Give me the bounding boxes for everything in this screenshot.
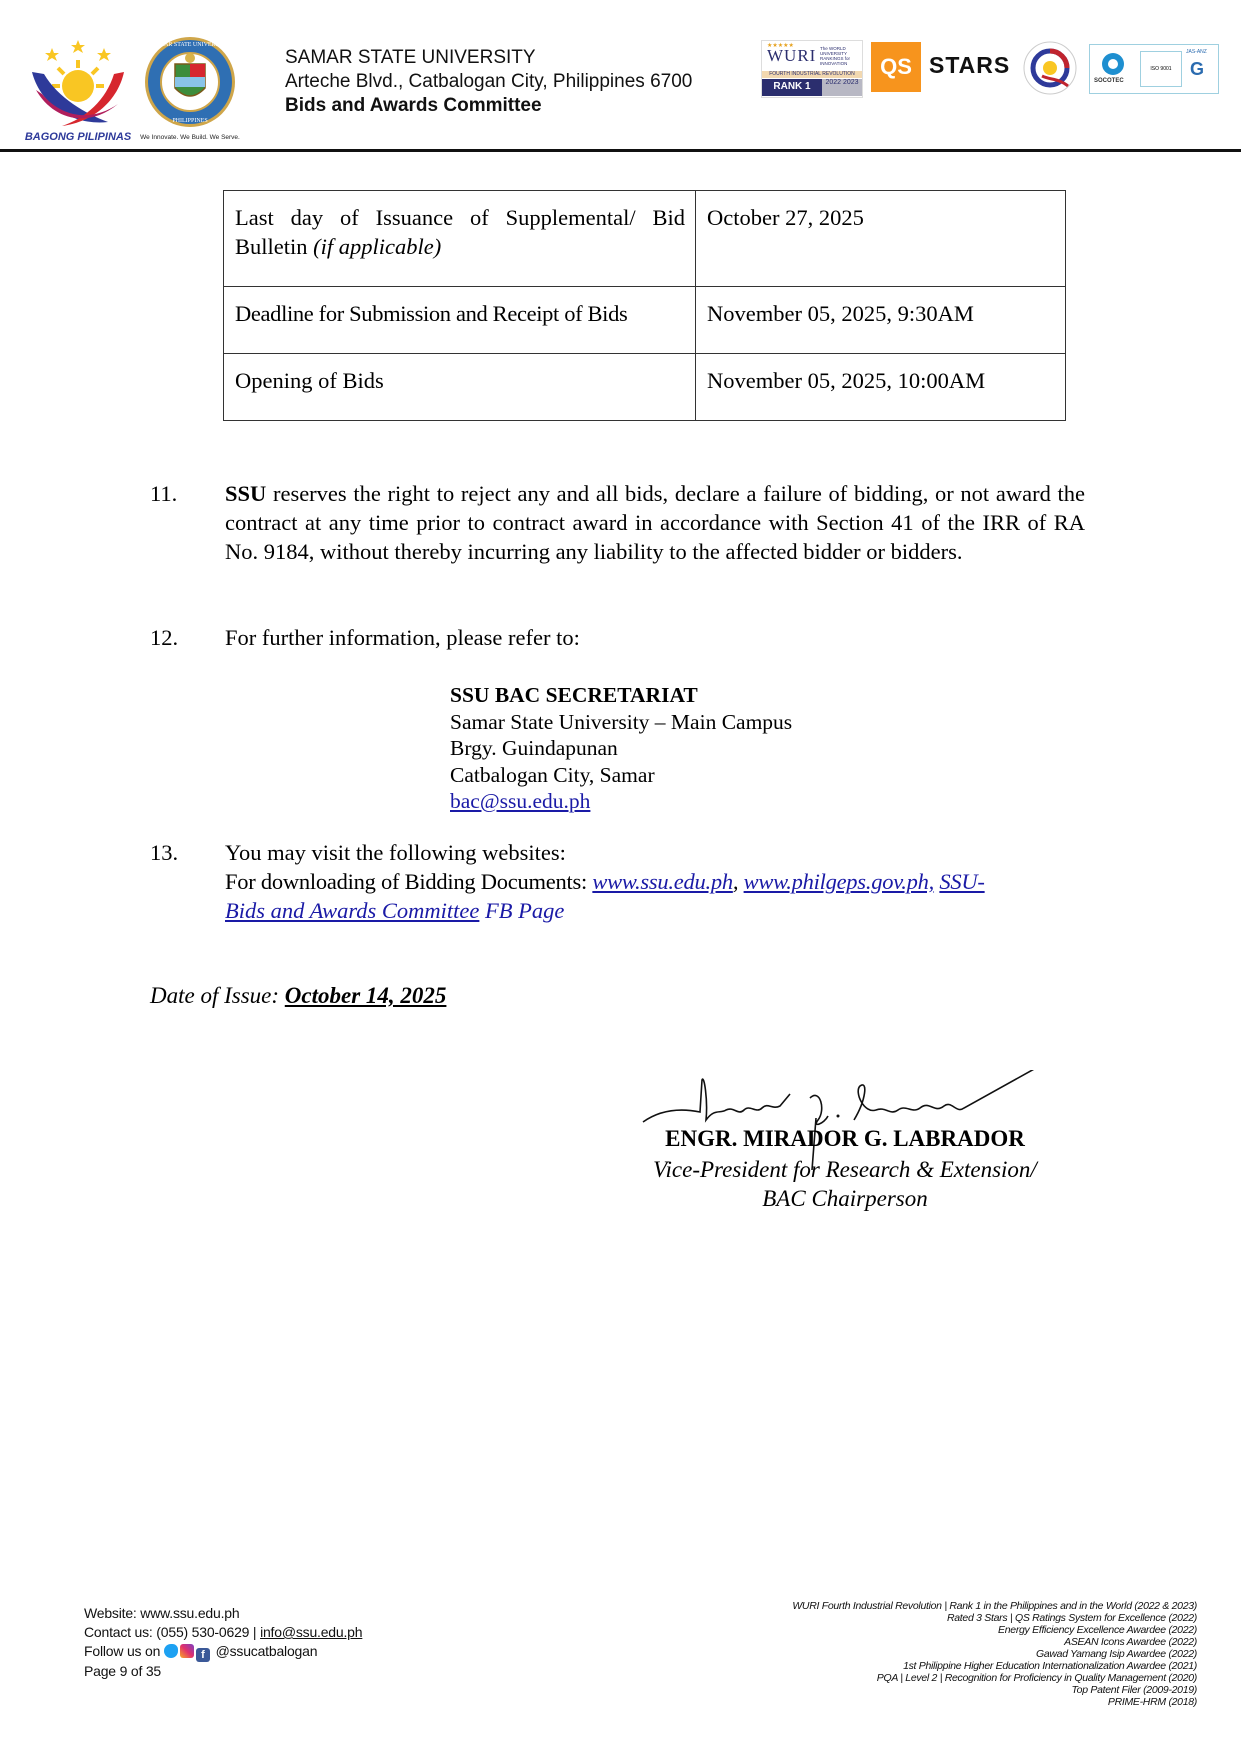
iso-text: ISO 9001 (1140, 51, 1182, 87)
contact-line: Samar State University – Main Campus (450, 709, 792, 736)
qs-logo: QS (871, 42, 921, 92)
bac-email-link[interactable]: bac@ssu.edu.ph (450, 789, 590, 813)
footer-follow: Follow us on f @ssucatbalogan (84, 1642, 362, 1662)
date-cell: November 05, 2025, 9:30AM (696, 287, 1066, 354)
bagong-pilipinas-caption: BAGONG PILIPINAS (25, 131, 132, 142)
org-name: SAMAR STATE UNIVERSITY (285, 46, 692, 70)
jasanz-text: JAS-ANZ (1186, 49, 1207, 55)
table-row: Last day of Issuance of Supplemental/ Bi… (224, 191, 1066, 287)
ssu-seal: SAMAR STATE UNIVERSITY PHILIPPINES We In… (140, 34, 240, 142)
activity-cell: Opening of Bids (224, 354, 696, 421)
award-item: 1st Philippine Higher Education Internat… (792, 1660, 1197, 1672)
award-item: PQA | Level 2 | Recognition for Proficie… (792, 1672, 1197, 1684)
social-handle: @ssucatbalogan (216, 1643, 318, 1659)
org-address: Arteche Blvd., Catbalogan City, Philippi… (285, 70, 692, 94)
contact-title: SSU BAC SECRETARIAT (450, 682, 792, 709)
wuri-subtitle: The WORLD UNIVERSITY RANKINGS for INNOVA… (820, 46, 860, 66)
award-item: PRIME-HRM (2018) (792, 1696, 1197, 1708)
item-number: 13. (150, 838, 178, 867)
award-item: Rated 3 Stars | QS Ratings System for Ex… (792, 1612, 1197, 1624)
philgeps-link[interactable]: www.philgeps.gov.ph, (744, 869, 934, 894)
socotec-iso-badge: SOCOTEC ISO 9001 JAS-ANZ G (1089, 44, 1219, 94)
svg-text:SAMAR STATE UNIVERSITY: SAMAR STATE UNIVERSITY (151, 42, 230, 48)
activity-cell: Deadline for Submission and Receipt of B… (224, 287, 696, 354)
footer-contact: Website: www.ssu.edu.ph Contact us: (055… (84, 1604, 362, 1681)
ssu-bac-fb-link-part1[interactable]: SSU- (939, 869, 984, 894)
contact-block: SSU BAC SECRETARIAT Samar State Universi… (450, 682, 792, 815)
item-text: You may visit the following websites: Fo… (225, 838, 1095, 925)
wuri-years: 2022 2023 (822, 79, 862, 96)
office-name: Bids and Awards Committee (285, 94, 692, 118)
date-cell: October 27, 2025 (696, 191, 1066, 287)
award-item: WURI Fourth Industrial Revolution | Rank… (792, 1600, 1197, 1612)
signatory-name: ENGR. MIRADOR G. LABRADOR (645, 1126, 1045, 1152)
svg-text:PHILIPPINES: PHILIPPINES (172, 118, 207, 124)
schedule-table: Last day of Issuance of Supplemental/ Bi… (223, 190, 1066, 421)
item-text: SSU reserves the right to reject any and… (225, 479, 1085, 566)
activity-cell: Last day of Issuance of Supplemental/ Bi… (224, 191, 696, 287)
header-divider (0, 149, 1241, 152)
date-of-issue: Date of Issue: October 14, 2025 (150, 983, 446, 1009)
contact-line: Catbalogan City, Samar (450, 762, 792, 789)
socotec-text: SOCOTEC (1094, 78, 1124, 84)
issue-label: Date of Issue: (150, 983, 285, 1008)
contact-line: Brgy. Guindapunan (450, 735, 792, 762)
wuri-band: FOURTH INDUSTRIAL REVOLUTION (762, 71, 862, 78)
item-text: For further information, please refer to… (225, 623, 1089, 652)
issue-date: October 14, 2025 (285, 983, 447, 1008)
ssu-bac-fb-link[interactable]: Bids and Awards Committee (225, 898, 479, 923)
wuri-title: WURI (767, 46, 816, 66)
date-cell: November 05, 2025, 10:00AM (696, 354, 1066, 421)
wuri-rank: RANK 1 (762, 79, 822, 96)
table-row: Opening of Bids November 05, 2025, 10:00… (224, 354, 1066, 421)
pqa-badge (1022, 40, 1078, 96)
table-row: Deadline for Submission and Receipt of B… (224, 287, 1066, 354)
wuri-badge: WURI ★★★★★ The WORLD UNIVERSITY RANKINGS… (761, 40, 863, 98)
ssu-tagline: We Innovate. We Build. We Serve. (140, 134, 240, 141)
ssu-website-link[interactable]: www.ssu.edu.ph (592, 869, 732, 894)
qs-text: QS (871, 42, 921, 92)
item-number: 12. (150, 623, 178, 652)
item-number: 11. (150, 479, 177, 508)
info-email-link[interactable]: info@ssu.edu.ph (260, 1624, 362, 1640)
letterhead: SAMAR STATE UNIVERSITY Arteche Blvd., Ca… (285, 46, 692, 118)
page-number: Page 9 of 35 (84, 1662, 362, 1681)
instagram-icon[interactable] (180, 1644, 194, 1658)
stars-text: STARS (929, 52, 1010, 79)
signatory-title: Vice-President for Research & Extension/… (600, 1155, 1090, 1213)
twitter-icon[interactable] (164, 1644, 178, 1658)
award-item: Energy Efficiency Excellence Awardee (20… (792, 1624, 1197, 1636)
footer-contact-line: Contact us: (055) 530-0629 | info@ssu.ed… (84, 1623, 362, 1642)
facebook-icon[interactable]: f (196, 1648, 210, 1662)
award-item: Gawad Yamang Isip Awardee (2022) (792, 1648, 1197, 1660)
bagong-pilipinas-logo: BAGONG PILIPINAS (22, 34, 134, 142)
award-item: Top Patent Filer (2009-2019) (792, 1684, 1197, 1696)
award-item: ASEAN Icons Awardee (2022) (792, 1636, 1197, 1648)
footer-website: Website: www.ssu.edu.ph (84, 1604, 362, 1623)
footer-awards: WURI Fourth Industrial Revolution | Rank… (792, 1600, 1197, 1708)
